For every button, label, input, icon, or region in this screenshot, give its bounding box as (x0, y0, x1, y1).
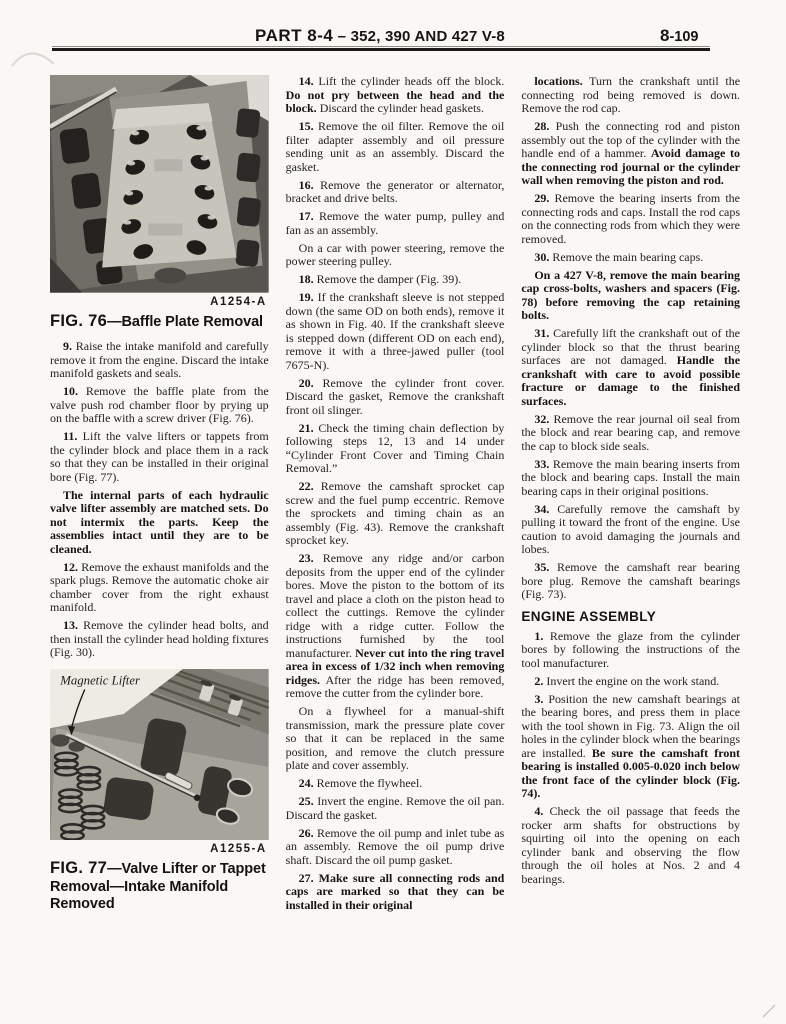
header-rule (52, 46, 710, 51)
paragraph: 19. If the crankshaft sleeve is not step… (286, 291, 505, 372)
text-run: The internal parts of each hydraulic val… (50, 488, 269, 556)
figure-76: A1254-A FIG. 76—Baffle Plate Removal (50, 75, 269, 331)
text-run: 26. (299, 826, 314, 840)
paragraph: 2. Invert the engine on the work stand. (521, 675, 740, 689)
figure-76-photo (50, 75, 269, 293)
text-run: Remove the flywheel. (314, 776, 423, 790)
paragraph: 24. Remove the flywheel. (286, 777, 505, 791)
paragraph: On a 427 V-8, remove the main bearing ca… (521, 269, 740, 323)
text-run: Remove the camshaft rear bearing bore pl… (521, 560, 740, 601)
paragraph: 9. Raise the intake manifold and careful… (50, 340, 269, 381)
text-run: 11. (63, 429, 77, 443)
paragraph: locations. Turn the crankshaft until the… (521, 75, 740, 116)
text-run: 23. (299, 551, 314, 565)
paragraph: 1. Remove the glaze from the cylinder bo… (521, 630, 740, 671)
middle-paragraphs: 14. Lift the cylinder heads off the bloc… (286, 75, 505, 912)
left-paragraphs: 9. Raise the intake manifold and careful… (50, 340, 269, 660)
paragraph: 16. Remove the generator or alternator, … (286, 179, 505, 206)
figure-77-photo: Magnetic Lifter (50, 669, 269, 841)
text-run: Remove the generator or alternator, brac… (286, 178, 505, 206)
text-run: 16. (299, 178, 314, 192)
paragraph: 34. Carefully remove the camshaft by pul… (521, 503, 740, 557)
paragraph: On a car with power steering, remove the… (286, 242, 505, 269)
text-run: Check the oil passage that feeds the roc… (521, 804, 740, 886)
paragraph: 23. Remove any ridge and/or carbon depos… (286, 552, 505, 701)
text-run: Remove the oil filter. Remove the oil fi… (286, 119, 505, 174)
text-run: 19. (299, 290, 314, 304)
text-run: 21. (299, 421, 314, 435)
text-run: 3. (534, 692, 543, 706)
text-run: Remove the main bearing inserts from the… (521, 457, 740, 498)
text-run: Remove the oil pump and inlet tube as an… (286, 826, 505, 867)
paragraph: The internal parts of each hydraulic val… (50, 489, 269, 557)
magnetic-lifter-label: Magnetic Lifter (59, 673, 140, 687)
part-title: PART 8-4 – 352, 390 AND 427 V-8 (255, 26, 505, 46)
text-run: 29. (534, 191, 549, 205)
text-run: 10. (63, 384, 78, 398)
column-right: locations. Turn the crankshaft until the… (521, 75, 740, 917)
text-run: Remove any ridge and/or carbon deposits … (286, 551, 505, 660)
text-run: Carefully remove the camshaft by pulling… (521, 502, 740, 557)
text-run: If the crankshaft sleeve is not stepped … (286, 290, 505, 372)
page-number-rest: -109 (669, 29, 698, 45)
paragraph: 15. Remove the oil filter. Remove the oi… (286, 120, 505, 174)
paragraph: 10. Remove the baffle plate from the val… (50, 385, 269, 426)
text-run: 15. (299, 119, 314, 133)
text-run: Lift the valve lifters or tappets from t… (50, 429, 269, 484)
paragraph: On a flywheel for a manual-shift transmi… (286, 705, 505, 773)
figure-77-caption: FIG. 77—Valve Lifter or Tappet Removal—I… (50, 860, 269, 914)
text-run: 4. (534, 804, 543, 818)
paragraph: 22. Remove the camshaft sprocket cap scr… (286, 480, 505, 548)
text-run: 31. (534, 326, 549, 340)
text-run: 25. (299, 794, 314, 808)
paragraph: 32. Remove the rear journal oil seal fro… (521, 413, 740, 454)
text-run: Remove the cylinder front cover. Discard… (286, 376, 505, 417)
paragraph: 29. Remove the bearing inserts from the … (521, 192, 740, 246)
text-run: Remove the exhaust manifolds and the spa… (50, 560, 269, 615)
text-run: Remove the rear journal oil seal from th… (521, 412, 740, 453)
paragraph: 33. Remove the main bearing inserts from… (521, 458, 740, 499)
text-run: 12. (63, 560, 78, 574)
paragraph: 11. Lift the valve lifters or tappets fr… (50, 430, 269, 484)
column-middle: 14. Lift the cylinder heads off the bloc… (286, 75, 505, 917)
text-run: 28. (534, 119, 549, 133)
figure-76-photo-id: A1254-A (50, 296, 267, 308)
paragraph: 20. Remove the cylinder front cover. Dis… (286, 377, 505, 418)
paragraph: 12. Remove the exhaust manifolds and the… (50, 561, 269, 615)
figure-76-caption: FIG. 76—Baffle Plate Removal (50, 313, 269, 332)
text-run: 35. (534, 560, 549, 574)
right-paragraphs: locations. Turn the crankshaft until the… (521, 75, 740, 886)
text-run: Raise the intake manifold and carefully … (50, 339, 269, 380)
manual-page: PART 8-4 – 352, 390 AND 427 V-8 8-109 (0, 0, 786, 1024)
text-run: Invert the engine on the work stand. (543, 674, 719, 688)
text-run: On a car with power steering, remove the… (286, 241, 505, 269)
paragraph: 35. Remove the camshaft rear bearing bor… (521, 561, 740, 602)
paragraph: 28. Push the connecting rod and piston a… (521, 120, 740, 188)
content-columns: A1254-A FIG. 76—Baffle Plate Removal 9. … (50, 75, 740, 917)
text-run: 33. (534, 457, 549, 471)
paragraph: 18. Remove the damper (Fig. 39). (286, 273, 505, 287)
text-run: 1. (534, 629, 543, 643)
figure-77: Magnetic Lifter A1255-A FIG. 77—Valve Li… (50, 669, 269, 914)
paragraph: 27. Make sure all connecting rods and ca… (286, 872, 505, 913)
paragraph: 17. Remove the water pump, pulley and fa… (286, 210, 505, 237)
paragraph: 31. Carefully lift the crankshaft out of… (521, 327, 740, 408)
column-left: A1254-A FIG. 76—Baffle Plate Removal 9. … (50, 75, 269, 917)
text-run: Remove the cylinder head bolts, and then… (50, 618, 269, 659)
text-run: 20. (299, 376, 314, 390)
paragraph: 30. Remove the main bearing caps. (521, 251, 740, 265)
text-run: Remove the camshaft sprocket cap screw a… (286, 479, 505, 547)
text-run: Remove the bearing inserts from the conn… (521, 191, 740, 246)
scan-artifact-curl (8, 40, 66, 70)
text-run: 24. (299, 776, 314, 790)
text-run: 14. (299, 74, 314, 88)
text-run: Discard the cylinder head gaskets. (317, 101, 484, 115)
figure-77-photo-id: A1255-A (50, 843, 267, 855)
part-title-rest: – 352, 390 AND 427 V-8 (333, 28, 505, 45)
paragraph: 13. Remove the cylinder head bolts, and … (50, 619, 269, 660)
paragraph: 26. Remove the oil pump and inlet tube a… (286, 827, 505, 868)
text-run: 2. (534, 674, 543, 688)
text-run: 22. (299, 479, 314, 493)
text-run: Invert the engine. Remove the oil pan. D… (286, 794, 505, 822)
scan-artifact-mark (760, 1002, 780, 1022)
paragraph: 21. Check the timing chain deflection by… (286, 422, 505, 476)
paragraph: 25. Invert the engine. Remove the oil pa… (286, 795, 505, 822)
section-heading: ENGINE ASSEMBLY (521, 609, 740, 624)
part-title-label: PART 8-4 (255, 26, 333, 45)
text-run: locations. (534, 74, 582, 88)
text-run: Remove the glaze from the cylinder bores… (521, 629, 740, 670)
text-run: On a flywheel for a manual-shift transmi… (286, 704, 505, 772)
text-run: Remove the water pump, pulley and fan as… (286, 209, 505, 237)
text-run: Lift the cylinder heads off the block. (314, 74, 505, 88)
text-run: On a 427 V-8, remove the main bearing ca… (521, 268, 740, 323)
text-run: 27. Make sure all connecting rods and ca… (286, 871, 505, 912)
paragraph: 3. Position the new camshaft bearings at… (521, 693, 740, 801)
text-run: 34. (534, 502, 549, 516)
paragraph: 4. Check the oil passage that feeds the … (521, 805, 740, 886)
text-run: Remove the damper (Fig. 39). (314, 272, 462, 286)
text-run: 17. (299, 209, 314, 223)
text-run: Remove the main bearing caps. (549, 250, 703, 264)
text-run: 9. (63, 339, 72, 353)
text-run: Check the timing chain deflection by fol… (286, 421, 505, 476)
text-run: 13. (63, 618, 78, 632)
text-run: 30. (534, 250, 549, 264)
text-run: Remove the baffle plate from the valve p… (50, 384, 269, 425)
text-run: 32. (534, 412, 549, 426)
paragraph: 14. Lift the cylinder heads off the bloc… (286, 75, 505, 116)
text-run: 18. (299, 272, 314, 286)
page-number: 8-109 (660, 26, 699, 46)
